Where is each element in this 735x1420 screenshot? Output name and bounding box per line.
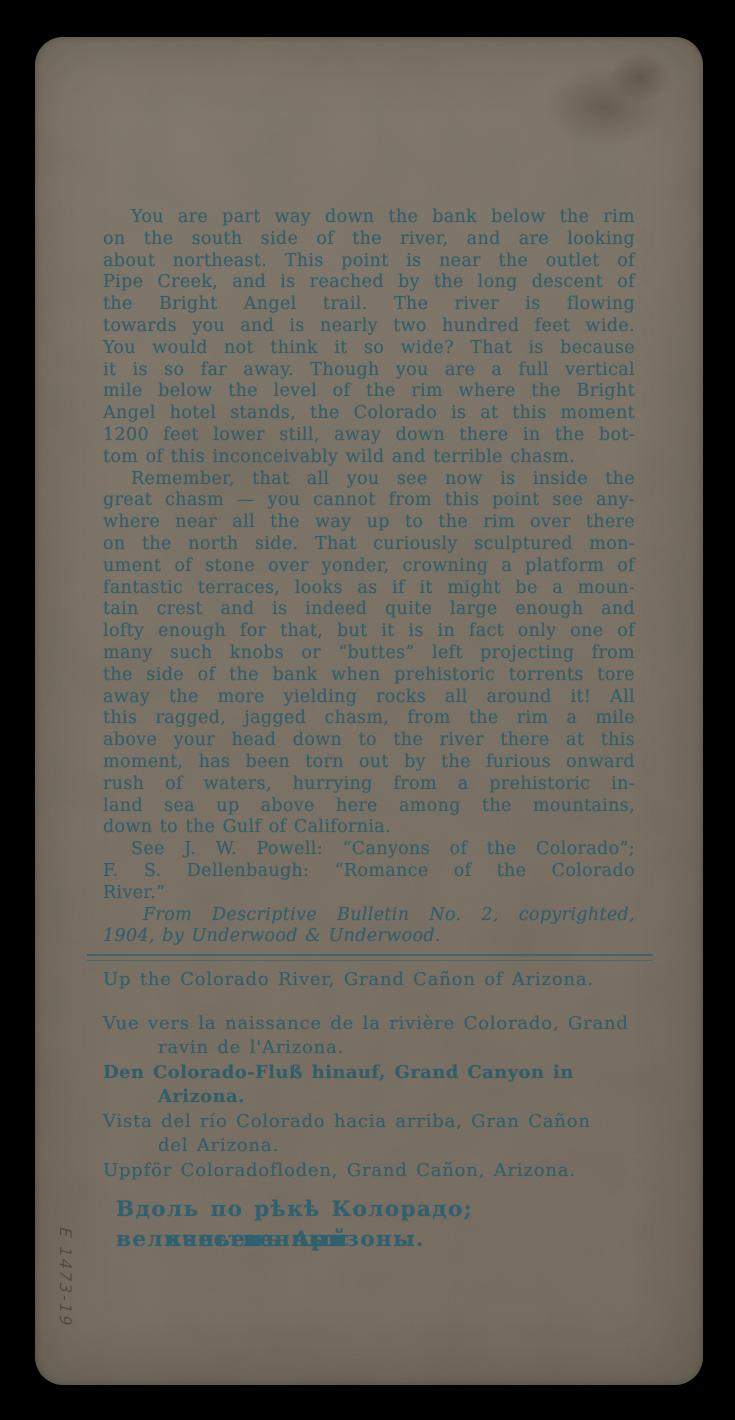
- handwritten-accession-number: E 1473-19: [53, 1226, 75, 1378]
- description-text: You are part way down the bank below the…: [103, 207, 635, 948]
- title-block: Up the Colorado River, Grand Cañon of Ar…: [103, 968, 655, 1255]
- text-line: River.”: [103, 883, 635, 905]
- title-line: Den Colorado-Fluß hinauf, Grand Canyon i…: [103, 1061, 655, 1086]
- title-english: Up the Colorado River, Grand Cañon of Ar…: [103, 968, 655, 993]
- paragraph: Remember, that all you see now is inside…: [103, 469, 635, 840]
- text-line: You are part way down the bank below the…: [103, 207, 635, 229]
- title-german: Den Colorado-Fluß hinauf, Grand Canyon i…: [103, 1061, 655, 1110]
- text-line: on the north side. That curiously sculpt…: [103, 534, 635, 556]
- text-line: Remember, that all you see now is inside…: [103, 469, 635, 491]
- divider-double-rule: [87, 954, 653, 961]
- text-line: on the south side of the river, and are …: [103, 229, 635, 251]
- text-line: ument of stone over yonder, crowning a p…: [103, 556, 635, 578]
- title-line: ravin de l'Arizona.: [103, 1036, 655, 1061]
- text-line: the side of the bank when prehistoric to…: [103, 665, 635, 687]
- text-line: tain crest and is indeed quite large eno…: [103, 599, 635, 621]
- paragraph: You are part way down the bank below the…: [103, 207, 635, 469]
- text-line: F. S. Dellenbaugh: “Romance of the Color…: [103, 861, 635, 883]
- text-line: the Bright Angel trail. The river is flo…: [103, 294, 635, 316]
- text-line: 1200 feet lower still, away down there i…: [103, 425, 635, 447]
- text-line: down to the Gulf of California.: [103, 817, 635, 839]
- text-line: lofty enough for that, but it is in fact…: [103, 621, 635, 643]
- title-line: Up the Colorado River, Grand Cañon of Ar…: [103, 968, 655, 993]
- text-line: rush of waters, hurrying from a prehisto…: [103, 774, 635, 796]
- photo-background: You are part way down the bank below the…: [0, 0, 735, 1420]
- text-line: it is so far away. Though you are a full…: [103, 360, 635, 382]
- title-spanish: Vista del río Colorado hacia arriba, Gra…: [103, 1110, 655, 1159]
- text-line: 1904, by Underwood & Underwood.: [103, 926, 635, 948]
- text-line: many such knobs or “buttes” left project…: [103, 643, 635, 665]
- text-line: You would not think it so wide? That is …: [103, 338, 635, 360]
- stain-mark: [520, 52, 690, 162]
- text-line: this ragged, jagged chasm, from the rim …: [103, 708, 635, 730]
- stain-mark-small: [595, 42, 685, 112]
- text-line: See J. W. Powell: “Canyons of the Colora…: [103, 839, 635, 861]
- title-french: Vue vers la naissance de la rivière Colo…: [103, 1012, 655, 1061]
- paragraph: From Descriptive Bulletin No. 2, copyrig…: [103, 905, 635, 949]
- text-line: From Descriptive Bulletin No. 2, copyrig…: [103, 905, 635, 927]
- text-line: above your head down to the river there …: [103, 730, 635, 752]
- text-line: tom of this inconceivably wild and terri…: [103, 447, 635, 469]
- text-line: about northeast. This point is near the …: [103, 251, 635, 273]
- text-line: great chasm — you cannot from this point…: [103, 490, 635, 512]
- stereograph-card-back: You are part way down the bank below the…: [35, 37, 703, 1385]
- paragraph: See J. W. Powell: “Canyons of the Colora…: [103, 839, 635, 904]
- text-line: Pipe Creek, and is reached by the long d…: [103, 272, 635, 294]
- text-line: land sea up above here among the mountai…: [103, 796, 635, 818]
- text-line: mile below the level of the rim where th…: [103, 381, 635, 403]
- text-line: fantastic terraces, looks as if it might…: [103, 578, 635, 600]
- title-line: Vista del río Colorado hacia arriba, Gra…: [103, 1110, 655, 1135]
- title-swedish: Uppför Coloradofloden, Grand Cañon, Ariz…: [103, 1159, 655, 1184]
- title-line: Vue vers la naissance de la rivière Colo…: [103, 1012, 655, 1037]
- text-line: Angel hotel stands, the Colorado is at t…: [103, 403, 635, 425]
- title-line: del Arizona.: [103, 1134, 655, 1159]
- title-line: каньенъ Аризоны.: [116, 1225, 655, 1255]
- text-line: towards you and is nearly two hundred fe…: [103, 316, 635, 338]
- title-russian: Вдоль по рѣкѣ Колорадо; величественныйка…: [103, 1195, 655, 1255]
- title-line: Вдоль по рѣкѣ Колорадо; величественный: [116, 1195, 655, 1225]
- text-line: where near all the way up to the rim ove…: [103, 512, 635, 534]
- text-line: moment, has been torn out by the furious…: [103, 752, 635, 774]
- title-line: Uppför Coloradofloden, Grand Cañon, Ariz…: [103, 1159, 655, 1184]
- title-line: Arizona.: [103, 1085, 655, 1110]
- text-line: away the more yielding rocks all around …: [103, 687, 635, 709]
